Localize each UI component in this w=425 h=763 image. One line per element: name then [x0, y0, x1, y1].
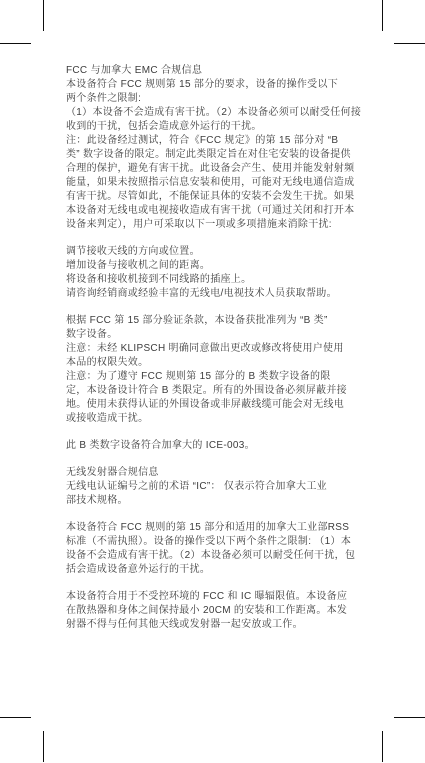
text-line: 两个条件之限制:	[66, 92, 382, 106]
text-line: 在散热器和身体之间保持最小 20CM 的安装和工作距离。本发	[66, 604, 382, 618]
section-heading-fcc-emc: FCC 与加拿大 EMC 合规信息	[66, 64, 382, 78]
text-line: 此 B 类数字设备符合加拿大的 ICE-003。	[66, 439, 382, 453]
crop-mark-bottom-left-vertical	[43, 731, 44, 762]
section-wireless-transmitter: 无线发射器合规信息 无线电认证编号之前的术语 “IC”： 仅表示符合加拿大工业 …	[66, 466, 382, 508]
text-line: 部技术规格。	[66, 494, 382, 508]
crop-mark-top-right-vertical	[382, 0, 383, 31]
text-line: 增加设备与接收机之间的距离。	[66, 259, 382, 273]
text-line: 合理的保护，避免有害干扰。此设备会产生、使用并能发射射频	[66, 162, 382, 176]
text-line: 类” 数字设备的限定。制定此类限定旨在对住宅安装的设备提供	[66, 148, 382, 162]
section-class-b: 根据 FCC 第 15 部分验证条款，本设备获批准列为 “B 类” 数字设备。 …	[66, 314, 382, 426]
document-page: FCC 与加拿大 EMC 合规信息 本设备符合 FCC 规则第 15 部分的要求…	[0, 0, 425, 763]
document-text: FCC 与加拿大 EMC 合规信息 本设备符合 FCC 规则第 15 部分的要求…	[66, 64, 382, 632]
section-rss: 本设备符合 FCC 规则的第 15 部分和适用的加拿大工业部RSS 标准（不需执…	[66, 521, 382, 577]
text-line: 无线电认证编号之前的术语 “IC”： 仅表示符合加拿大工业	[66, 480, 382, 494]
text-line: 地。使用未获得认证的外围设备或非屏蔽线缆可能会对无线电	[66, 398, 382, 412]
text-line: 注：此设备经过测试，符合《FCC 规定》的第 15 部分对 “B	[66, 134, 382, 148]
text-line: 设备来判定），用户可采取以下一项或多项措施来消除干扰:	[66, 218, 382, 232]
text-line: 数字设备。	[66, 328, 382, 342]
text-line: 根据 FCC 第 15 部分验证条款，本设备获批准列为 “B 类”	[66, 314, 382, 328]
crop-mark-bottom-right-vertical	[382, 731, 383, 762]
text-line: 定，本设备设计符合 B 类限定。所有的外围设备必须屏蔽并接	[66, 384, 382, 398]
text-line: 标准（不需执照）。设备的操作受以下两个条件之限制: （1）本	[66, 535, 382, 549]
crop-mark-top-left-horizontal	[0, 43, 31, 44]
crop-mark-bottom-right-horizontal	[394, 717, 425, 718]
text-line: 射器不得与任何其他天线或发射器一起安放或工作。	[66, 618, 382, 632]
text-line: 注意：为了遵守 FCC 规则第 15 部分的 B 类数字设备的限	[66, 370, 382, 384]
text-line: （1）本设备不会造成有害干扰。（2）本设备必须可以耐受任何接	[66, 106, 382, 120]
text-line: 本设备符合 FCC 规则第 15 部分的要求，设备的操作受以下	[66, 78, 382, 92]
text-line: 有害干扰。尽管如此，不能保证具体的安装不会发生干扰。如果	[66, 190, 382, 204]
section-fcc-emc: FCC 与加拿大 EMC 合规信息 本设备符合 FCC 规则第 15 部分的要求…	[66, 64, 382, 232]
text-line: 调节接收天线的方向或位置。	[66, 245, 382, 259]
crop-mark-bottom-left-horizontal	[0, 717, 31, 718]
crop-mark-top-left-vertical	[43, 0, 44, 31]
text-line: 能量，如果未按照指示信息安装和使用，可能对无线电通信造成	[66, 176, 382, 190]
section-canada-ice: 此 B 类数字设备符合加拿大的 ICE-003。	[66, 439, 382, 453]
text-line: 括会造成设备意外运行的干扰。	[66, 563, 382, 577]
text-line: 或接收造成干扰。	[66, 412, 382, 426]
crop-mark-top-right-horizontal	[394, 43, 425, 44]
text-line: 注意：未经 KLIPSCH 明确同意做出更改或修改将使用户使用	[66, 342, 382, 356]
text-line: 请咨询经销商或经验丰富的无线电/电视技术人员获取帮助。	[66, 287, 382, 301]
text-line: 本设备符合 FCC 规则的第 15 部分和适用的加拿大工业部RSS	[66, 521, 382, 535]
section-remedies: 调节接收天线的方向或位置。 增加设备与接收机之间的距离。 将设备和接收机接到不同…	[66, 245, 382, 301]
text-line: 本品的权限失效。	[66, 356, 382, 370]
section-rf-exposure: 本设备符合用于不受控环境的 FCC 和 IC 曝辐限值。本设备应 在散热器和身体…	[66, 590, 382, 632]
text-line: 本设备对无线电或电视接收造成有害干扰（可通过关闭和打开本	[66, 204, 382, 218]
section-heading-wireless: 无线发射器合规信息	[66, 466, 382, 480]
text-line: 设备不会造成有害干扰。（2）本设备必须可以耐受任何干扰，包	[66, 549, 382, 563]
text-line: 将设备和接收机接到不同线路的插座上。	[66, 273, 382, 287]
text-line: 本设备符合用于不受控环境的 FCC 和 IC 曝辐限值。本设备应	[66, 590, 382, 604]
text-line: 收到的干扰，包括会造成意外运行的干扰。	[66, 120, 382, 134]
